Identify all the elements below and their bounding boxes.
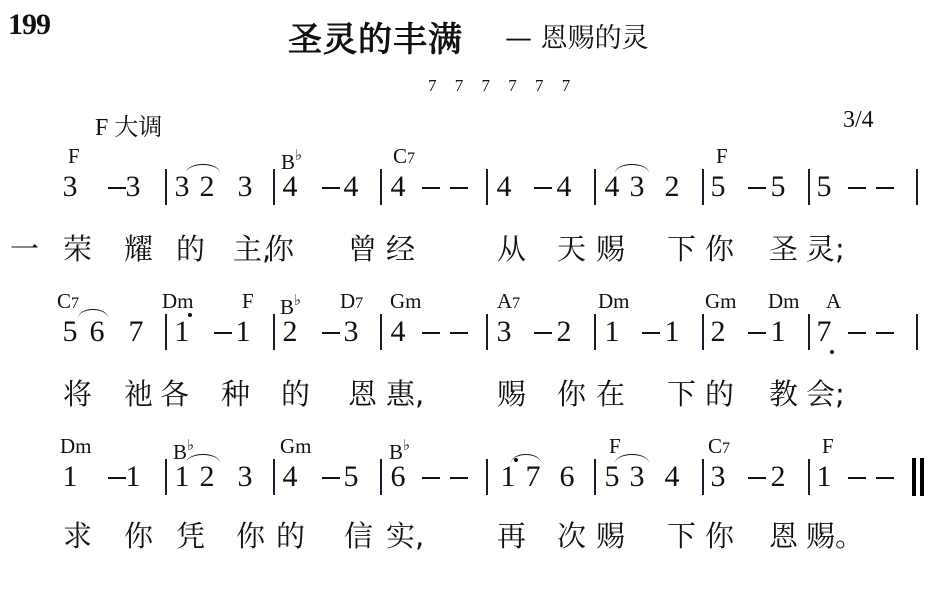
- barline: [916, 169, 918, 205]
- note: 2: [197, 172, 217, 202]
- note: 5: [814, 172, 834, 202]
- lyric-syllable: 种: [221, 377, 250, 411]
- lyric-syllable: 实,: [386, 519, 424, 553]
- music-row: DmB♭GmB♭FC7F11123456176534321: [0, 430, 948, 500]
- chord-symbol: D7: [340, 291, 363, 314]
- lyric-syllable: 曾: [348, 232, 377, 266]
- note: 4: [662, 462, 682, 492]
- lyric-syllable: 你: [557, 377, 586, 411]
- lyric-syllable: 下: [667, 377, 696, 411]
- chord-symbol: F: [716, 146, 728, 167]
- sustain-dash: [450, 187, 468, 189]
- note: 4: [341, 172, 361, 202]
- lyric-syllable: 圣: [769, 232, 798, 266]
- lyric-syllable: 赐: [596, 519, 625, 553]
- note: 3: [123, 172, 143, 202]
- note: 7: [126, 317, 146, 347]
- sustain-dash: [748, 187, 766, 189]
- lyric-syllable: 一: [10, 232, 39, 266]
- barline: [808, 459, 810, 495]
- chord-symbol: B♭: [280, 291, 301, 318]
- note: 5: [602, 462, 622, 492]
- slur-arc: [186, 454, 220, 463]
- barline: [165, 169, 167, 205]
- barline: [702, 459, 704, 495]
- barline: [594, 459, 596, 495]
- seventh-mark: 7: [355, 295, 363, 312]
- note: 4: [388, 172, 408, 202]
- note: 3: [494, 317, 514, 347]
- lyric-syllable: 赐: [497, 377, 526, 411]
- lyric-syllable: 下: [667, 519, 696, 553]
- note: 1: [172, 462, 192, 492]
- sustain-dash: [534, 332, 552, 334]
- chord-symbol: C7: [393, 146, 415, 169]
- key-signature: F 大调: [95, 107, 162, 142]
- note: 3: [627, 462, 647, 492]
- sustain-dash: [422, 332, 440, 334]
- flat-sign: ♭: [403, 438, 410, 454]
- note: 4: [602, 172, 622, 202]
- lyric-syllable: 次: [557, 519, 586, 553]
- lyric-syllable: 荣: [63, 232, 92, 266]
- final-barline: [912, 458, 916, 496]
- note: 6: [557, 462, 577, 492]
- lyric-syllable: 再: [497, 519, 526, 553]
- lyric-syllable: 的: [176, 232, 205, 266]
- lyric-syllable: 经: [386, 232, 415, 266]
- note: 1: [768, 317, 788, 347]
- note: 2: [197, 462, 217, 492]
- barline: [273, 169, 275, 205]
- sustain-dash: [422, 477, 440, 479]
- note: 3: [235, 462, 255, 492]
- note: 2: [768, 462, 788, 492]
- slur-arc: [186, 164, 220, 173]
- note: 1: [233, 317, 253, 347]
- barline: [273, 314, 275, 350]
- barline: [702, 169, 704, 205]
- sustain-dash: [748, 332, 766, 334]
- lyric-syllable: 恩: [348, 377, 377, 411]
- lyric-syllable: 惠,: [386, 377, 424, 411]
- sustain-dash: [876, 332, 894, 334]
- lyric-syllable: 天: [557, 232, 586, 266]
- sustain-dash: [848, 332, 866, 334]
- note: 2: [280, 317, 300, 347]
- final-barline: [920, 458, 924, 496]
- note: 7: [523, 462, 543, 492]
- music-row: C7DmFB♭D7GmA7DmGmDmA567112343211217: [0, 285, 948, 355]
- chord-symbol: B♭: [281, 146, 302, 173]
- note: 4: [494, 172, 514, 202]
- sustain-dash: [450, 477, 468, 479]
- barline: [808, 169, 810, 205]
- hymn-title: 圣灵的丰满: [288, 12, 463, 61]
- barline: [380, 314, 382, 350]
- note: 7: [814, 317, 834, 347]
- seventh-mark: 7: [512, 295, 520, 312]
- note: 5: [60, 317, 80, 347]
- sustain-dash: [876, 187, 894, 189]
- octave-dot-above: [188, 313, 192, 317]
- barline: [165, 314, 167, 350]
- time-signature: 3/4: [843, 107, 874, 134]
- sustain-dash: [322, 187, 340, 189]
- chord-symbol: F: [242, 291, 254, 312]
- barline: [273, 459, 275, 495]
- chord-symbol: C7: [708, 436, 730, 459]
- lyric-syllable: 你: [705, 232, 734, 266]
- barline: [808, 314, 810, 350]
- lyric-syllable: 教: [769, 377, 798, 411]
- lyric-syllable: 下: [667, 232, 696, 266]
- chord-symbol: B♭: [389, 436, 410, 463]
- slur-arc: [78, 309, 108, 318]
- lyric-syllable: 灵;: [806, 232, 845, 266]
- barline: [380, 459, 382, 495]
- note: 5: [341, 462, 361, 492]
- barline: [486, 459, 488, 495]
- chord-symbol: Dm: [768, 291, 800, 312]
- lyric-syllable: 你: [705, 519, 734, 553]
- barline: [486, 169, 488, 205]
- note: 4: [554, 172, 574, 202]
- lyric-syllable: 赐。: [806, 519, 864, 553]
- note: 3: [235, 172, 255, 202]
- lyric-syllable: 耀: [124, 232, 153, 266]
- chord-symbol: F: [822, 436, 834, 457]
- note: 1: [814, 462, 834, 492]
- chord-symbol: Dm: [60, 436, 92, 457]
- note: 1: [60, 462, 80, 492]
- chord-symbol: F: [609, 436, 621, 457]
- note: 3: [172, 172, 192, 202]
- note: 2: [554, 317, 574, 347]
- sustain-dash: [876, 477, 894, 479]
- note: 1: [172, 317, 192, 347]
- barline: [165, 459, 167, 495]
- barline: [594, 169, 596, 205]
- barline: [380, 169, 382, 205]
- octave-dot-below: [830, 350, 834, 354]
- flat-sign: ♭: [294, 293, 301, 309]
- note: 4: [280, 172, 300, 202]
- note: 6: [87, 317, 107, 347]
- lyric-syllable: 在: [596, 377, 625, 411]
- note: 3: [708, 462, 728, 492]
- sustain-dash: [322, 332, 340, 334]
- chord-symbol: Dm: [598, 291, 630, 312]
- note: 1: [662, 317, 682, 347]
- sustain-dash: [450, 332, 468, 334]
- note: 4: [388, 317, 408, 347]
- sustain-dash: [214, 332, 232, 334]
- chord-symbol: Gm: [390, 291, 422, 312]
- chord-symbol: A7: [497, 291, 520, 314]
- sustain-dash: [642, 332, 660, 334]
- note: 6: [388, 462, 408, 492]
- flat-sign: ♭: [295, 148, 302, 164]
- lyric-syllable: 你: [265, 232, 294, 266]
- hymn-subtitle: — 恩赐的灵: [505, 16, 649, 55]
- hymn-number: 199: [8, 8, 50, 42]
- sustain-dash: [322, 477, 340, 479]
- lyric-syllable: 求: [63, 519, 92, 553]
- lyric-syllable: 会;: [806, 377, 845, 411]
- note: 3: [627, 172, 647, 202]
- note: 2: [708, 317, 728, 347]
- lyric-syllable: 各: [160, 377, 189, 411]
- note: 3: [60, 172, 80, 202]
- octave-dot-above: [514, 458, 518, 462]
- sustain-dash: [748, 477, 766, 479]
- lyric-syllable: 的: [276, 519, 305, 553]
- seventh-mark: 7: [722, 440, 730, 457]
- slur-arc: [615, 454, 649, 463]
- chord-symbol: Gm: [280, 436, 312, 457]
- lyric-syllable: 你: [124, 519, 153, 553]
- sustain-dash: [422, 187, 440, 189]
- lyric-syllable: 的: [705, 377, 734, 411]
- lyric-syllable: 你: [236, 519, 265, 553]
- barline: [702, 314, 704, 350]
- seventh-mark: 7: [71, 295, 79, 312]
- music-row: FB♭C7F3332344444432555: [0, 140, 948, 210]
- chord-symbol: C7: [57, 291, 79, 314]
- lyric-syllable: 将: [63, 377, 92, 411]
- barline: [486, 314, 488, 350]
- lyric-syllable: 凭: [176, 519, 205, 553]
- note: 1: [498, 462, 518, 492]
- note: 5: [708, 172, 728, 202]
- lyric-syllable: 恩: [769, 519, 798, 553]
- sustain-dash: [848, 477, 866, 479]
- chord-symbol: A: [826, 291, 841, 312]
- chord-symbol: F: [68, 146, 80, 167]
- lyric-syllable: 祂: [124, 377, 153, 411]
- lyric-syllable: 的: [281, 377, 310, 411]
- note: 3: [341, 317, 361, 347]
- seventh-mark: 7: [407, 150, 415, 167]
- note: 1: [602, 317, 622, 347]
- lyric-syllable: 赐: [596, 232, 625, 266]
- note: 4: [280, 462, 300, 492]
- sustain-dash: [848, 187, 866, 189]
- note: 1: [123, 462, 143, 492]
- chord-symbol: Dm: [162, 291, 194, 312]
- slur-arc: [615, 164, 649, 173]
- barline: [594, 314, 596, 350]
- flat-sign: ♭: [187, 438, 194, 454]
- sustain-dash: [534, 187, 552, 189]
- barline: [916, 314, 918, 350]
- lyric-syllable: 信: [344, 519, 373, 553]
- chord-symbol: Gm: [705, 291, 737, 312]
- note: 5: [768, 172, 788, 202]
- meter: 7 7 7 7 7 7: [428, 76, 577, 96]
- lyric-syllable: 从: [497, 232, 526, 266]
- note: 2: [662, 172, 682, 202]
